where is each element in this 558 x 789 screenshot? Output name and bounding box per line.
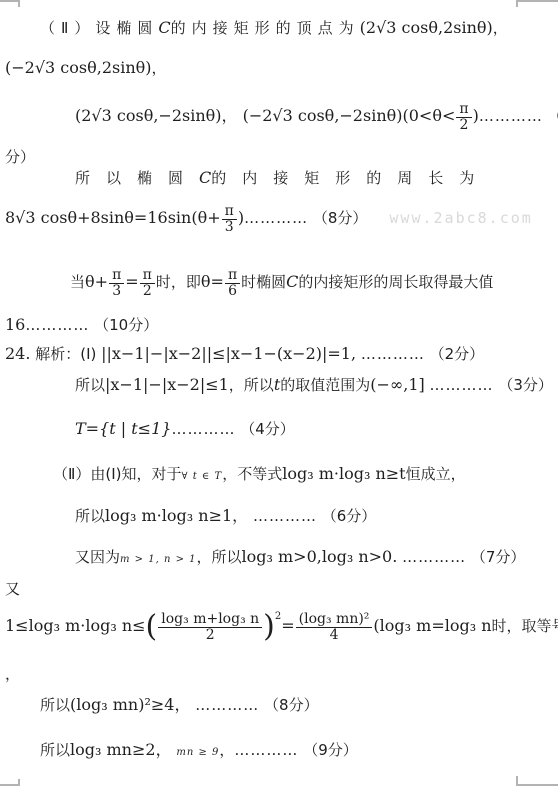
math-segment: 8√3 cosθ+8sinθ=16sin(θ+ [5, 208, 221, 227]
fraction-numerator: π [225, 268, 240, 284]
cjk-segment: ，所以 [229, 376, 274, 394]
fraction-denominator: 2 [140, 284, 155, 299]
score-label: （8分） [313, 209, 368, 227]
crop-mark-bottom-left [0, 779, 20, 786]
cjk-segment: 时，取等号，此时 [492, 617, 558, 635]
score-label: （8分） [264, 696, 319, 714]
text-line: (2√3 cosθ,−2sinθ)， (−2√3 cosθ,−2sinθ)(0<… [75, 102, 558, 132]
dots-leader: ………… [430, 376, 494, 394]
fraction-numerator: π [222, 204, 237, 220]
cjk-segment: ， [493, 19, 514, 37]
cjk-segment: ，所以 [197, 548, 242, 566]
text-line: 分） [5, 148, 35, 167]
fraction-numerator: π [109, 268, 124, 284]
cjk-segment: 的内接矩形的周长取得最大值 [298, 273, 493, 291]
fraction-numerator: π [140, 268, 155, 284]
cjk-segment: ，不等式 [222, 465, 282, 483]
fraction-numerator: π [456, 102, 471, 118]
fraction-denominator: 3 [222, 220, 237, 235]
cjk-segment: ， [219, 741, 234, 759]
big-right-paren: ) [263, 609, 275, 644]
cjk-segment: 所以 [40, 741, 70, 759]
text-line: 1≤log₃ m·log₃ n≤(log₃ m+log₃ n2)2=(log₃ … [5, 612, 558, 642]
text-line: 所以(log₃ mn)²≥4， ………… （8分） [40, 695, 319, 715]
cjk-segment: 所以 [75, 507, 105, 525]
dots-leader: ………… [253, 507, 317, 525]
cjk-segment: 的内接矩形的顶点为 [171, 19, 360, 37]
math-segment: log₃ m>0,log₃ n>0. [242, 547, 398, 566]
text-line: 所以log₃ m·log₃ n≥1， ………… （6分） [75, 506, 376, 526]
cjk-segment: 解析：(I) [30, 345, 101, 363]
score-label: （6分） [322, 507, 377, 525]
text-line: 16………… （10分） [5, 315, 158, 335]
math-segment: (−∞,1] [370, 375, 424, 394]
cjk-segment: 的取值范围为 [280, 376, 370, 394]
cjk-segment: （Ⅱ）设椭圆 [40, 19, 158, 37]
text-line: 又因为m > 1, n > 1，所以log₃ m>0,log₃ n>0. ………… [75, 547, 525, 567]
fraction: (log₃ mn)²4 [296, 612, 373, 642]
cjk-segment: 又因为 [75, 548, 120, 566]
big-left-paren: ( [146, 609, 158, 644]
watermark: www.2abc8.com [389, 209, 532, 227]
fraction-denominator: 6 [225, 284, 240, 299]
math-segment: ||x−1|−|x−2||≤|x−1−(x−2)|=1, [101, 344, 356, 363]
math-segment: (log₃ m=log₃ n [373, 616, 491, 635]
math-segment: 16 [5, 315, 25, 334]
math-segment: (2√3 cosθ,−2sinθ)， (−2√3 cosθ,−2sinθ)(0<… [75, 106, 455, 125]
text-line: （Ⅱ）设椭圆C的内接矩形的顶点为(2√3 cosθ,2sinθ)， [40, 18, 514, 38]
text-line: 所以椭圆C的内接矩形的周长为 [75, 168, 490, 188]
text-line: 24. 解析：(I) ||x−1|−|x−2||≤|x−1−(x−2)|=1, … [5, 344, 484, 364]
score-label: （9分） [303, 741, 358, 759]
score-label: （6 [548, 107, 558, 125]
dots-leader: ………… [361, 345, 425, 363]
math-variable: C [286, 272, 298, 291]
fraction: π2 [140, 268, 155, 298]
fraction-numerator: log₃ m+log₃ n [158, 612, 262, 628]
text-line: 所以|x−1|−|x−2|≤1，所以t的取值范围为(−∞,1] ………… （3分… [75, 375, 553, 395]
crop-mark-top-right [516, 0, 558, 7]
math-small-segment: mn ≥ 9 [176, 747, 219, 758]
math-segment: = [125, 272, 138, 291]
cjk-segment: 所以椭圆 [75, 169, 199, 187]
fraction-denominator: 3 [109, 284, 124, 299]
fraction-denominator: 2 [203, 628, 218, 643]
math-segment: log₃ m·log₃ n≥t [282, 464, 405, 483]
fraction: log₃ m+log₃ n2 [158, 612, 262, 642]
crop-mark-top-left [0, 0, 20, 7]
math-variable: C [158, 18, 170, 37]
math-segment: log₃ mn≥2， [70, 740, 172, 759]
dots-leader: ………… [402, 548, 466, 566]
math-segment: = [281, 616, 294, 635]
math-segment: (2√3 cosθ,2sinθ) [360, 18, 493, 37]
dots-leader: ………… [195, 696, 259, 714]
math-segment: θ+ [85, 272, 108, 291]
dots-leader: ………… [234, 741, 298, 759]
fraction-numerator: (log₃ mn)² [296, 612, 373, 628]
text-line: T={t | t≤1}………… （4分） [75, 419, 295, 439]
text-line: 8√3 cosθ+8sinθ=16sin(θ+π3)………… （8分）www.2… [5, 204, 533, 234]
fraction-denominator: 2 [457, 118, 472, 133]
score-label: （10分） [94, 316, 158, 334]
fraction: π2 [456, 102, 471, 132]
cjk-segment: 时椭圆 [241, 273, 286, 291]
exponent: 2 [275, 611, 281, 622]
score-label: （7分） [471, 548, 526, 566]
cjk-segment: （Ⅱ）由(I)知，对于 [53, 465, 182, 483]
cjk-segment: 当 [70, 273, 85, 291]
cjk-segment: 的内接矩形的周长为 [211, 169, 490, 187]
score-label: （4分） [240, 420, 295, 438]
cjk-segment: ， [5, 665, 20, 683]
text-line: ， [5, 665, 20, 684]
cjk-segment: 所以 [75, 376, 105, 394]
score-label: （2分） [430, 345, 485, 363]
fraction: π6 [225, 268, 240, 298]
crop-mark-bottom-right [516, 776, 558, 786]
math-segment: (log₃ mn)²≥4， [70, 695, 190, 714]
dots-leader: ………… [479, 107, 543, 125]
cjk-segment: 恒成立， [406, 465, 466, 483]
cjk-segment: 分） [5, 148, 35, 166]
math-segment: θ= [201, 272, 224, 291]
score-label: （3分） [498, 376, 553, 394]
text-line: 当θ+π3=π2时，即θ=π6时椭圆C的内接矩形的周长取得最大值 [70, 268, 493, 298]
math-segment: 1≤log₃ m·log₃ n≤ [5, 616, 146, 635]
cjk-segment: 时，即 [156, 273, 201, 291]
text-line: （Ⅱ）由(I)知，对于∀ t ∈ T，不等式log₃ m·log₃ n≥t恒成立… [53, 464, 466, 484]
text-line: (−2√3 cosθ,2sinθ)， [5, 58, 167, 78]
math-segment: |x−1|−|x−2|≤1 [105, 375, 229, 394]
math-segment: (−2√3 cosθ,2sinθ) [5, 58, 152, 77]
text-line: 又 [5, 580, 20, 599]
cjk-segment: 所以 [40, 696, 70, 714]
text-line: 所以log₃ mn≥2， mn ≥ 9，………… （9分） [40, 740, 358, 760]
fraction: π3 [222, 204, 237, 234]
dots-leader: ………… [244, 209, 308, 227]
math-variable: C [199, 168, 211, 187]
dots-leader: ………… [171, 420, 235, 438]
question-number: 24. [5, 344, 30, 363]
cjk-segment: 又 [5, 580, 20, 598]
dots-leader: ………… [25, 316, 89, 334]
math-small-segment: ∀ t ∈ T [182, 471, 223, 482]
fraction-denominator: 4 [327, 628, 342, 643]
math-small-segment: m > 1, n > 1 [120, 554, 196, 565]
math-segment: log₃ m·log₃ n≥1， [105, 506, 248, 525]
document-page: （Ⅱ）设椭圆C的内接矩形的顶点为(2√3 cosθ,2sinθ)， (−2√3 … [0, 0, 558, 789]
fraction: π3 [109, 268, 124, 298]
cjk-segment: ， [152, 59, 167, 77]
math-segment: T={t | t≤1} [75, 419, 171, 438]
